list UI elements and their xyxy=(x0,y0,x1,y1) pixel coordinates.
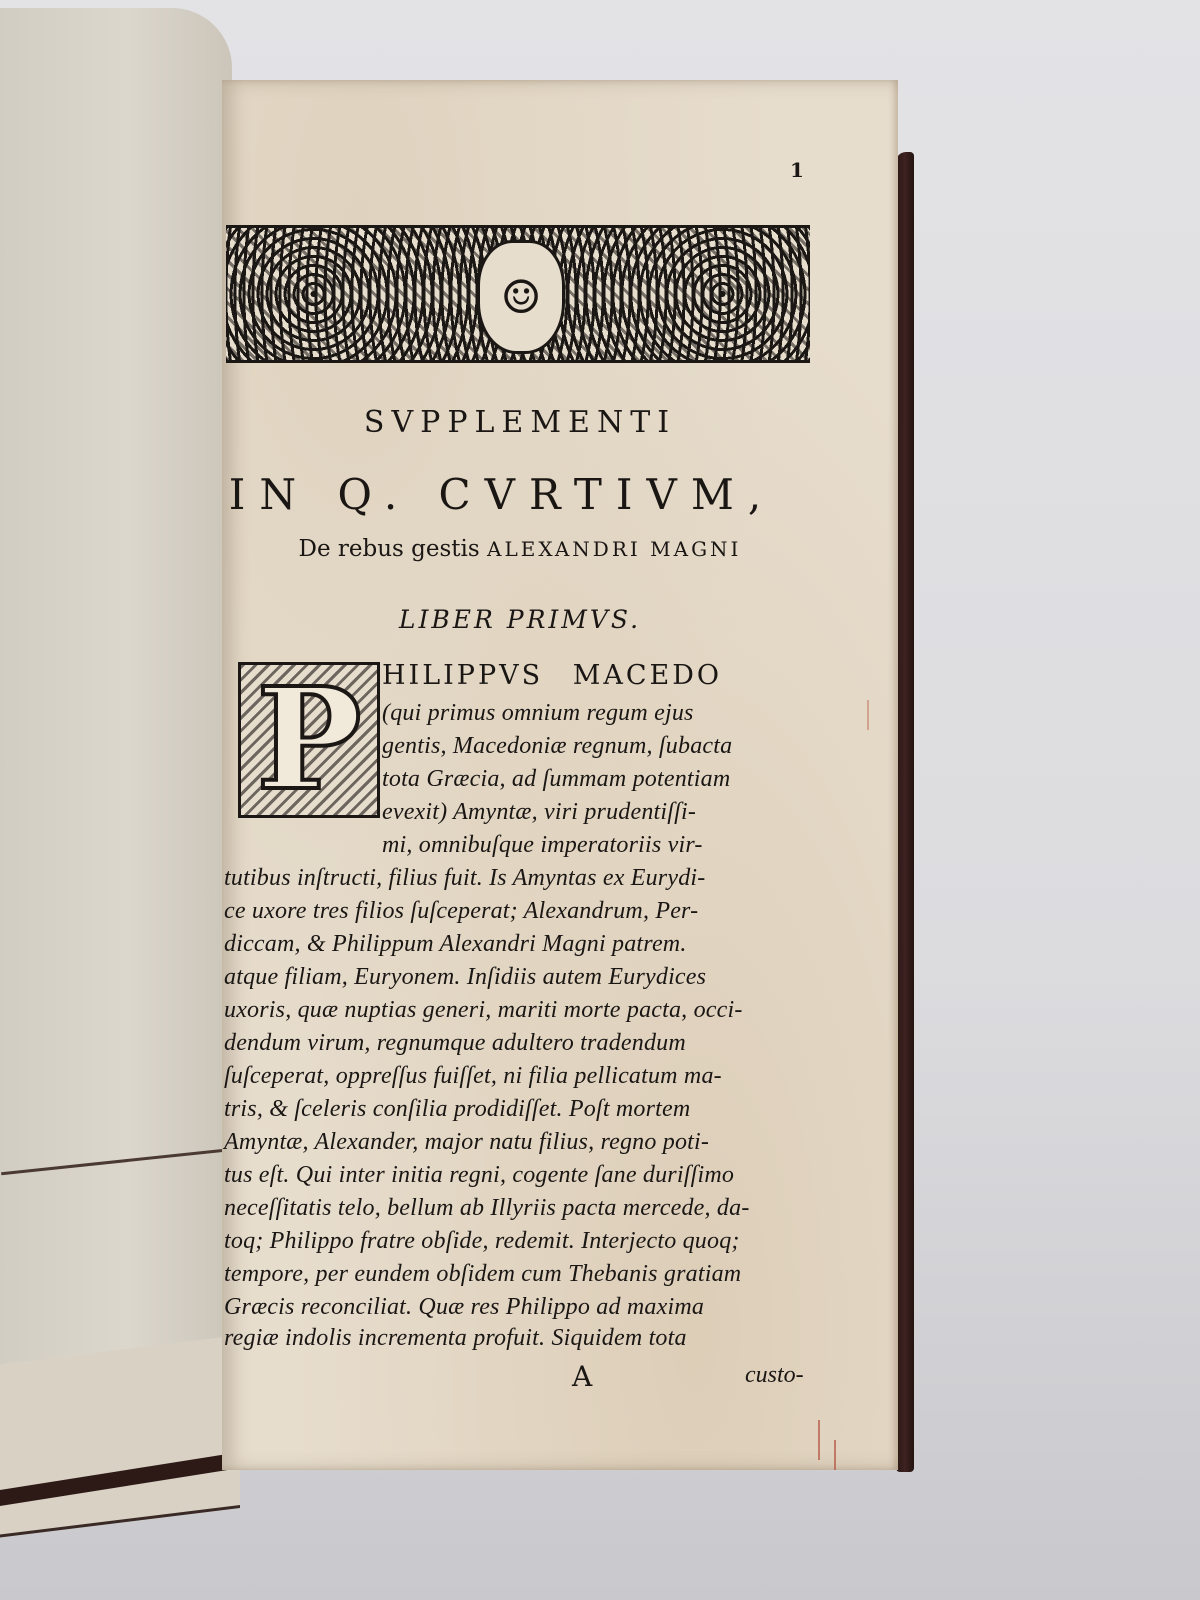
first-line-caps: HILIPPVS MACEDO xyxy=(382,660,722,691)
initial-letter: P xyxy=(256,670,361,810)
title-line-2: IN Q. CVRTIVM, xyxy=(204,470,800,519)
body-line: Græcis reconciliat. Quæ res Philippo ad … xyxy=(224,1294,704,1321)
red-edge-stain xyxy=(834,1440,836,1470)
right-page: 1 ☺ SVPPLEMENTI IN Q. CVRTIVM, De rebus … xyxy=(222,80,898,1470)
book-binding-right xyxy=(896,152,914,1472)
body-line: tempore, per eundem obſidem cum Thebanis… xyxy=(224,1261,741,1288)
title-line-1: SVPPLEMENTI xyxy=(222,405,818,440)
body-line: (qui primus omnium regum ejus xyxy=(382,700,694,727)
ornamental-headpiece: ☺ xyxy=(226,225,810,363)
page-number: 1 xyxy=(790,158,804,182)
red-edge-stain xyxy=(867,700,869,730)
title-line-3-prefix: De rebus gestis xyxy=(299,536,480,562)
signature-mark: A xyxy=(572,1360,592,1393)
body-line: atque filiam, Euryonem. Inſidiis autem E… xyxy=(224,964,706,991)
title-line-3: De rebus gestis ALEXANDRI MAGNI xyxy=(222,536,818,562)
body-line: mi, omnibuſque imperatoriis vir- xyxy=(382,832,703,859)
body-line: diccam, & Philippum Alexandri Magni patr… xyxy=(224,931,687,958)
body-line: regiæ indolis incrementa profuit. Siquid… xyxy=(224,1325,687,1352)
body-line: tota Græcia, ad ſummam potentiam xyxy=(382,766,730,793)
title-line-3-caps: ALEXANDRI MAGNI xyxy=(487,537,741,561)
body-line: toq; Philippo fratre obſide, redemit. In… xyxy=(224,1228,740,1255)
body-line: tris, & ſceleris conſilia prodidiſſet. P… xyxy=(224,1096,690,1123)
left-page-leaf xyxy=(0,8,232,1508)
body-line: ce uxore tres filios ſuſceperat; Alexand… xyxy=(224,898,698,925)
body-line: tus eſt. Qui inter initia regni, cogente… xyxy=(224,1162,734,1189)
body-line: ſuſceperat, oppreſſus fuiſſet, ni filia … xyxy=(224,1063,722,1090)
red-edge-stain xyxy=(818,1420,820,1460)
catchword: custo- xyxy=(745,1362,804,1389)
grotesque-mask-icon: ☺ xyxy=(477,240,565,354)
body-line: evexit) Amyntæ, viri prudentiſſi- xyxy=(382,799,696,826)
body-line: uxoris, quæ nuptias generi, mariti morte… xyxy=(224,997,743,1024)
body-line: dendum virum, regnumque adultero tradend… xyxy=(224,1030,686,1057)
left-page-folded-flap xyxy=(0,1335,240,1537)
body-line: Amyntæ, Alexander, major natu filius, re… xyxy=(224,1129,709,1156)
body-line: gentis, Macedoniæ regnum, ſubacta xyxy=(382,733,732,760)
book-heading: LIBER PRIMVS. xyxy=(222,605,818,634)
decorated-initial: P xyxy=(238,662,380,818)
body-line: neceſſitatis telo, bellum ab Illyriis pa… xyxy=(224,1195,750,1222)
body-line: tutibus inſtructi, filius fuit. Is Amynt… xyxy=(224,865,705,892)
